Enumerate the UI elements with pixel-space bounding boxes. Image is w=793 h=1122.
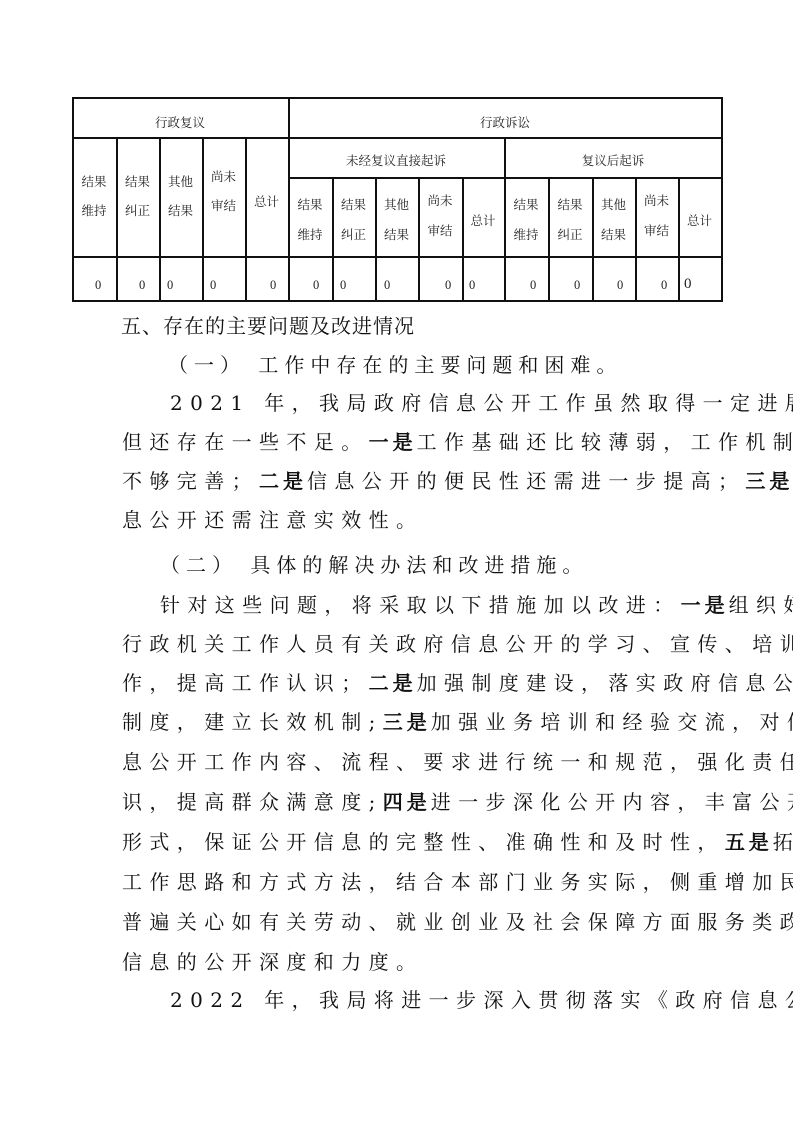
body-text: 信息的公开深度和力度。 bbox=[122, 950, 423, 974]
subheader-suit-after-review: 复议后起诉 bbox=[504, 146, 722, 177]
col-header-top: 其他 bbox=[601, 199, 626, 212]
col-header-top: 结果 bbox=[297, 199, 322, 212]
body-text: 进一步深化公开内容，丰富公开 bbox=[431, 790, 793, 814]
col-header-bottom: 结果 bbox=[384, 229, 409, 242]
col-header-bottom: 审结 bbox=[427, 225, 452, 238]
col-header-top: 结果 bbox=[125, 176, 150, 189]
table-border-bottom bbox=[72, 300, 722, 302]
col-header: 结果纠正 bbox=[332, 184, 375, 256]
col-header-top: 尚未 bbox=[644, 195, 669, 208]
body-text: 但还存在一些不足。 bbox=[122, 430, 369, 454]
body-text: 2022 年，我局将进一步深入贯彻落实《政府信息公开条 bbox=[170, 988, 793, 1012]
table-cell-value: 0 bbox=[469, 278, 475, 293]
body-text: 形式，保证公开信息的完整性、准确性和及时性， bbox=[122, 830, 725, 854]
body-text: 普遍关心如有关劳动、就业创业及社会保障方面服务类政府 bbox=[122, 910, 793, 934]
col-header-bottom: 维持 bbox=[513, 229, 538, 242]
body-text: 加强业务培训和经验交流，对信 bbox=[431, 710, 793, 734]
table-cell-value: 0 bbox=[530, 278, 536, 293]
col-header-top: 其他 bbox=[168, 176, 193, 189]
col-header: 其他结果 bbox=[159, 137, 202, 256]
col-header-top: 尚未 bbox=[427, 195, 452, 208]
body-text: 行政机关工作人员有关政府信息公开的学习、宣传、培训工 bbox=[122, 632, 793, 656]
col-header-bottom: 维持 bbox=[297, 229, 322, 242]
table-cell-value: 0 bbox=[313, 278, 319, 293]
header-admin-litigation: 行政诉讼 bbox=[288, 108, 722, 138]
paragraph-line: 行政机关工作人员有关政府信息公开的学习、宣传、培训工 bbox=[122, 632, 793, 656]
col-header-bottom: 审结 bbox=[644, 225, 669, 238]
body-text: 息公开工作内容、流程、要求进行统一和规范，强化责任意 bbox=[122, 750, 793, 774]
paragraph-line: 信息的公开深度和力度。 bbox=[122, 950, 423, 974]
col-header-top: 结果 bbox=[513, 199, 538, 212]
body-text: 息公开还需注意实效性。 bbox=[122, 508, 423, 532]
body-text: 信息公开的便民性还需进一步提高； bbox=[307, 469, 745, 493]
paragraph-line: 不够完善；二是信息公开的便民性还需进一步提高；三是信 bbox=[122, 469, 793, 493]
col-header-bottom: 纠正 bbox=[557, 229, 582, 242]
subsection-heading-problems: （一） 工作中存在的主要问题和困难。 bbox=[168, 353, 622, 377]
col-header: 结果维持 bbox=[72, 137, 116, 256]
body-text: 加强制度建设，落实政府信息公开 bbox=[417, 671, 793, 695]
paragraph-line: 息公开还需注意实效性。 bbox=[122, 508, 423, 532]
table-cell-value: 0 bbox=[684, 276, 692, 293]
col-header-top: 结果 bbox=[81, 176, 106, 189]
body-text: 拓展 bbox=[773, 830, 793, 854]
emphasis-text: 一是 bbox=[369, 430, 417, 454]
body-text: 工作基础还比较薄弱，工作机制还 bbox=[417, 430, 793, 454]
body-text: 识，提高群众满意度; bbox=[122, 790, 383, 814]
col-header-bottom: 纠正 bbox=[341, 229, 366, 242]
col-header-total: 总计 bbox=[245, 137, 288, 268]
emphasis-text: 三是 bbox=[745, 469, 793, 493]
col-header: 其他结果 bbox=[592, 184, 635, 256]
table-cell-value: 0 bbox=[617, 278, 623, 293]
table-rule-data bbox=[72, 256, 722, 258]
table-cell-value: 0 bbox=[340, 278, 346, 293]
col-header-total: 总计 bbox=[462, 185, 504, 257]
paragraph-line: 工作思路和方式方法，结合本部门业务实际，侧重增加民众 bbox=[122, 870, 793, 894]
body-text: 不够完善； bbox=[122, 469, 259, 493]
paragraph-line: 制度，建立长效机制;三是加强业务培训和经验交流，对信 bbox=[122, 710, 793, 734]
body-text: 作，提高工作认识； bbox=[122, 671, 369, 695]
paragraph-line: 作，提高工作认识；二是加强制度建设，落实政府信息公开 bbox=[122, 671, 793, 695]
paragraph-line: 识，提高群众满意度;四是进一步深化公开内容，丰富公开 bbox=[122, 790, 793, 814]
body-text: 组织好 bbox=[729, 593, 793, 617]
col-header: 结果纠正 bbox=[548, 184, 592, 256]
col-header-top: 其他 bbox=[384, 199, 409, 212]
col-header-bottom: 结果 bbox=[601, 229, 626, 242]
emphasis-text: 二是 bbox=[369, 671, 417, 695]
table-cell-value: 0 bbox=[661, 278, 667, 293]
table-cell-value: 0 bbox=[384, 278, 390, 293]
paragraph-line: 息公开工作内容、流程、要求进行统一和规范，强化责任意 bbox=[122, 750, 793, 774]
paragraph-line: 2022 年，我局将进一步深入贯彻落实《政府信息公开条 bbox=[170, 988, 793, 1012]
table-cell-value: 0 bbox=[95, 278, 101, 293]
emphasis-text: 四是 bbox=[383, 790, 431, 814]
paragraph-line: 2021 年，我局政府信息公开工作虽然取得一定进展， bbox=[170, 391, 793, 415]
col-header: 结果维持 bbox=[288, 184, 332, 256]
body-text: 2021 年，我局政府信息公开工作虽然取得一定进展， bbox=[170, 391, 793, 415]
header-admin-review: 行政复议 bbox=[72, 108, 288, 138]
col-header: 结果纠正 bbox=[116, 137, 159, 256]
table-cell-value: 0 bbox=[210, 278, 216, 293]
col-header-top: 结果 bbox=[341, 199, 366, 212]
paragraph-line: 针对这些问题，将采取以下措施加以改进：一是组织好 bbox=[160, 593, 793, 617]
body-text: 工作思路和方式方法，结合本部门业务实际，侧重增加民众 bbox=[122, 870, 793, 894]
col-header: 尚未审结 bbox=[202, 132, 245, 251]
col-header: 结果维持 bbox=[504, 184, 548, 256]
table-cell-value: 0 bbox=[139, 278, 145, 293]
section-heading: 五、存在的主要问题及改进情况 bbox=[121, 314, 415, 338]
col-header: 其他结果 bbox=[375, 184, 418, 256]
col-header-bottom: 纠正 bbox=[125, 205, 150, 218]
emphasis-text: 一是 bbox=[681, 593, 729, 617]
subsection-heading-solutions: （二） 具体的解决办法和改进措施。 bbox=[160, 553, 588, 577]
col-header-bottom: 审结 bbox=[211, 200, 236, 213]
emphasis-text: 三是 bbox=[383, 710, 431, 734]
col-header-top: 尚未 bbox=[211, 171, 236, 184]
emphasis-text: 五是 bbox=[725, 830, 773, 854]
body-text: 针对这些问题，将采取以下措施加以改进： bbox=[160, 593, 681, 617]
subheader-direct-suit: 未经复议直接起诉 bbox=[288, 146, 504, 177]
table-cell-value: 0 bbox=[167, 278, 173, 293]
table-cell-value: 0 bbox=[270, 278, 276, 293]
admin-review-litigation-table: 行政复议 行政诉讼 未经复议直接起诉 复议后起诉 结果维持 结果纠正 其他结果 … bbox=[0, 0, 793, 320]
col-header-bottom: 结果 bbox=[168, 205, 193, 218]
col-header-bottom: 维持 bbox=[81, 205, 106, 218]
col-header-top: 结果 bbox=[557, 199, 582, 212]
paragraph-line: 但还存在一些不足。一是工作基础还比较薄弱，工作机制还 bbox=[122, 430, 793, 454]
col-header: 尚未审结 bbox=[418, 180, 462, 252]
paragraph-line: 形式，保证公开信息的完整性、准确性和及时性，五是拓展 bbox=[122, 830, 793, 854]
paragraph-line: 普遍关心如有关劳动、就业创业及社会保障方面服务类政府 bbox=[122, 910, 793, 934]
col-header: 尚未审结 bbox=[635, 180, 678, 252]
col-header-total: 总计 bbox=[678, 185, 721, 257]
table-border-top bbox=[72, 97, 722, 99]
emphasis-text: 二是 bbox=[259, 469, 307, 493]
table-cell-value: 0 bbox=[445, 278, 451, 293]
body-text: 制度，建立长效机制; bbox=[122, 710, 383, 734]
table-cell-value: 0 bbox=[574, 278, 580, 293]
